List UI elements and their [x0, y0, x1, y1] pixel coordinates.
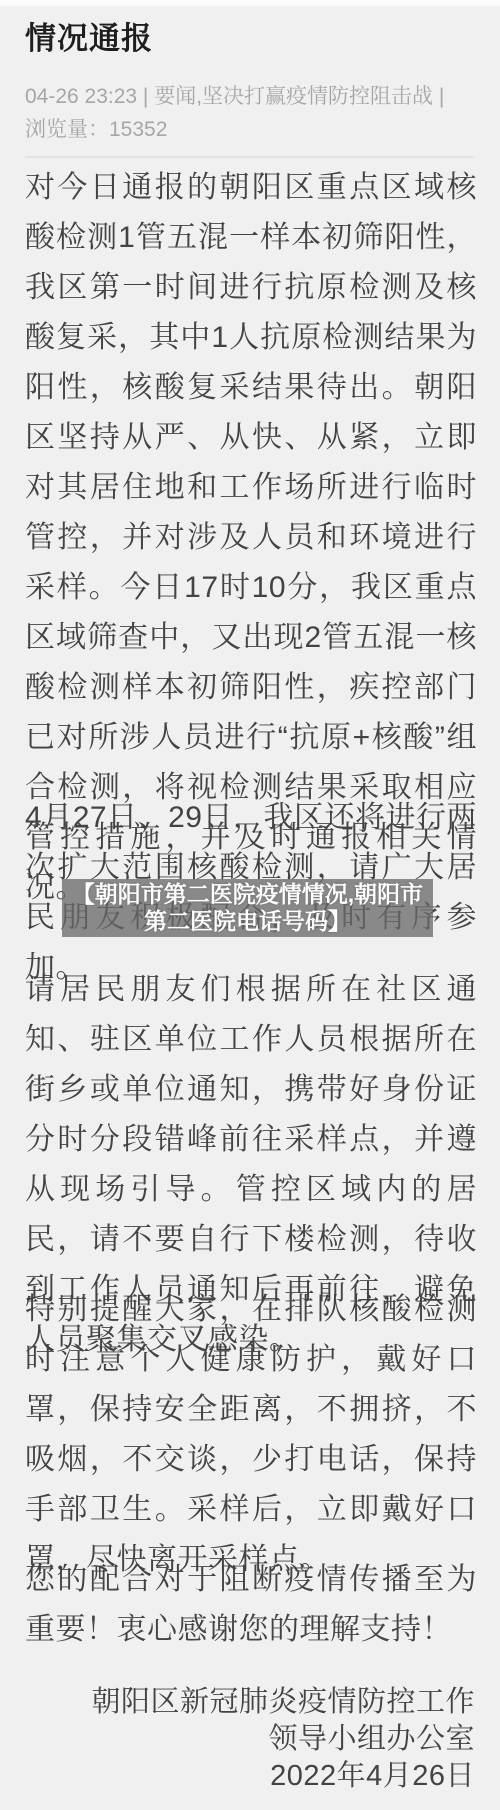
header-divider [25, 156, 475, 158]
article-paragraph-5: 您的配合对于阻断疫情传播至为重要！衷心感谢您的理解支持！ [25, 1555, 477, 1655]
ad-overlay-link[interactable]: 【朝阳市第二医院疫情情况,朝阳市第二医院电话号码】 [62, 879, 433, 937]
article-paragraph-4: 特别提醒大家，在排队核酸检测时注意个人健康防护，戴好口罩，保持安全距离，不拥挤，… [25, 1285, 477, 1585]
page-title: 情况通报 [25, 20, 475, 58]
signature-block: 朝阳区新冠肺炎疫情防控工作 领导小组办公室 2022年4月26日 [25, 1684, 475, 1795]
signature-office-line-2: 领导小组办公室 [25, 1721, 475, 1758]
page-top-strip [0, 0, 500, 6]
signature-date: 2022年4月26日 [25, 1758, 475, 1795]
article-meta-date-category: 04-26 23:23 | 要闻,坚决打赢疫情防控阻击战 | [25, 80, 475, 113]
signature-office-line-1: 朝阳区新冠肺炎疫情防控工作 [25, 1684, 475, 1721]
article-meta-view-count: 浏览量：15352 [25, 113, 475, 146]
article-meta: 04-26 23:23 | 要闻,坚决打赢疫情防控阻击战 | 浏览量：15352 [25, 80, 475, 146]
article-page: { "header": { "title": "情况通报", "meta_lin… [0, 0, 500, 1810]
